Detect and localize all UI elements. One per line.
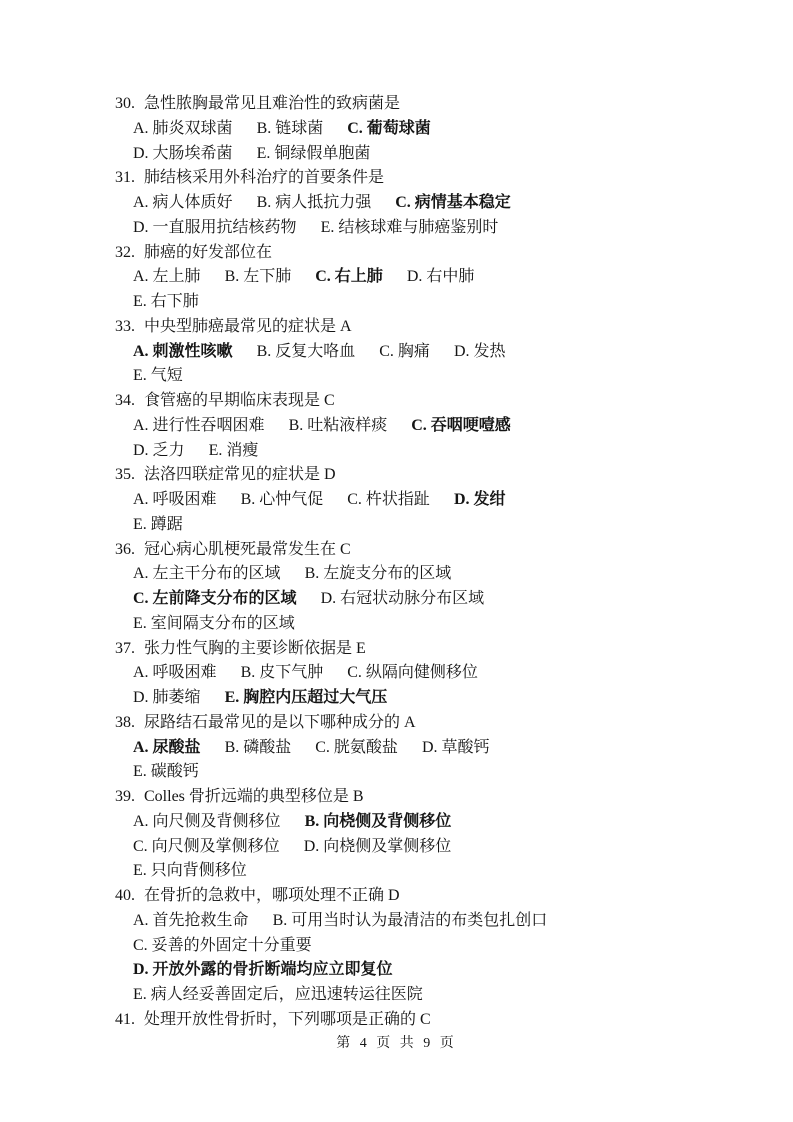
option-line: A. 左主干分布的区域B. 左旋支分布的区域 [0, 562, 793, 587]
answer-option: A. 左主干分布的区域 [133, 562, 281, 587]
option-line: E. 只向背侧移位 [0, 859, 793, 884]
question-stem: 食管癌的早期临床表现是 C [144, 392, 335, 409]
question-stem: 中央型肺癌最常见的症状是 A [144, 318, 352, 335]
answer-option: A. 肺炎双球菌 [133, 117, 233, 142]
option-line: D. 乏力E. 消瘦 [0, 439, 793, 464]
question-line: 30.急性脓胸最常见且难治性的致病菌是 [0, 92, 793, 117]
answer-option: B. 可用当时认为最清洁的布类包扎创口 [273, 909, 548, 934]
answer-option: D. 发热 [454, 340, 506, 365]
answer-option: D. 右中肺 [407, 265, 475, 290]
option-line: A. 左上肺B. 左下肺C. 右上肺D. 右中肺 [0, 265, 793, 290]
answer-option: A. 呼吸困难 [133, 661, 217, 686]
answer-option-highlighted: B. 向桡侧及背侧移位 [305, 810, 452, 835]
option-line: D. 大肠埃希菌E. 铜绿假单胞菌 [0, 142, 793, 167]
question-line: 31.肺结核采用外科治疗的首要条件是 [0, 166, 793, 191]
question-line: 39.Colles 骨折远端的典型移位是 B [0, 785, 793, 810]
answer-option-highlighted: C. 左前降支分布的区域 [133, 587, 297, 612]
answer-option: E. 蹲踞 [133, 513, 183, 538]
question-number: 37. [115, 637, 135, 662]
answer-option: E. 消瘦 [209, 439, 259, 464]
answer-option: D. 一直服用抗结核药物 [133, 216, 297, 241]
question-stem: 冠心病心肌梗死最常发生在 C [144, 541, 351, 558]
option-line: E. 碳酸钙 [0, 760, 793, 785]
answer-option: D. 草酸钙 [422, 736, 490, 761]
answer-option: D. 乏力 [133, 439, 185, 464]
answer-option: A. 进行性吞咽困难 [133, 414, 265, 439]
answer-option: B. 左下肺 [225, 265, 292, 290]
answer-option: B. 反复大咯血 [257, 340, 356, 365]
question-line: 33.中央型肺癌最常见的症状是 A [0, 315, 793, 340]
question-stem: 处理开放性骨折时，下列哪项是正确的 C [144, 1011, 431, 1028]
question-line: 40.在骨折的急救中，哪项处理不正确 D [0, 884, 793, 909]
option-line: E. 蹲踞 [0, 513, 793, 538]
option-line: A. 呼吸困难B. 心忡气促C. 杵状指趾D. 发绀 [0, 488, 793, 513]
answer-option: C. 妥善的外固定十分重要 [133, 934, 312, 959]
option-line: A. 向尺侧及背侧移位B. 向桡侧及背侧移位 [0, 810, 793, 835]
answer-option-highlighted: D. 发绀 [454, 488, 506, 513]
option-line: E. 右下肺 [0, 290, 793, 315]
question-number: 34. [115, 389, 135, 414]
answer-option: E. 室间隔支分布的区域 [133, 612, 295, 637]
document-page: 30.急性脓胸最常见且难治性的致病菌是A. 肺炎双球菌B. 链球菌C. 葡萄球菌… [0, 0, 793, 1122]
answer-option-highlighted: D. 开放外露的骨折断端均应立即复位 [133, 958, 393, 983]
question-stem: 张力性气胸的主要诊断依据是 E [144, 640, 366, 657]
option-line: C. 左前降支分布的区域D. 右冠状动脉分布区域 [0, 587, 793, 612]
option-line: A. 肺炎双球菌B. 链球菌C. 葡萄球菌 [0, 117, 793, 142]
answer-option-highlighted: E. 胸腔内压超过大气压 [225, 686, 388, 711]
questions-area: 30.急性脓胸最常见且难治性的致病菌是A. 肺炎双球菌B. 链球菌C. 葡萄球菌… [0, 92, 793, 1033]
answer-option: A. 左上肺 [133, 265, 201, 290]
question-number: 32. [115, 241, 135, 266]
option-line: A. 尿酸盐B. 磷酸盐C. 胱氨酸盐D. 草酸钙 [0, 736, 793, 761]
answer-option: B. 链球菌 [257, 117, 324, 142]
question-number: 30. [115, 92, 135, 117]
answer-option: E. 气短 [133, 364, 183, 389]
option-line: D. 肺萎缩E. 胸腔内压超过大气压 [0, 686, 793, 711]
answer-option: B. 磷酸盐 [225, 736, 292, 761]
question-number: 41. [115, 1008, 135, 1033]
answer-option: A. 首先抢救生命 [133, 909, 249, 934]
answer-option-highlighted: C. 葡萄球菌 [347, 117, 431, 142]
option-line: A. 进行性吞咽困难B. 吐粘液样痰C. 吞咽哽噎感 [0, 414, 793, 439]
answer-option: E. 病人经妥善固定后，应迅速转运往医院 [133, 983, 423, 1008]
answer-option-highlighted: C. 右上肺 [315, 265, 383, 290]
question-line: 38.尿路结石最常见的是以下哪种成分的 A [0, 711, 793, 736]
question-line: 35.法洛四联症常见的症状是 D [0, 463, 793, 488]
answer-option: E. 碳酸钙 [133, 760, 199, 785]
question-number: 38. [115, 711, 135, 736]
answer-option-highlighted: A. 刺激性咳嗽 [133, 340, 233, 365]
question-stem: 在骨折的急救中，哪项处理不正确 D [144, 887, 400, 904]
question-line: 41.处理开放性骨折时，下列哪项是正确的 C [0, 1008, 793, 1033]
answer-option: C. 纵隔向健侧移位 [347, 661, 478, 686]
question-number: 31. [115, 166, 135, 191]
question-line: 32.肺癌的好发部位在 [0, 241, 793, 266]
answer-option: A. 呼吸困难 [133, 488, 217, 513]
question-stem: 急性脓胸最常见且难治性的致病菌是 [144, 95, 400, 112]
option-line: A. 呼吸困难B. 皮下气肿C. 纵隔向健侧移位 [0, 661, 793, 686]
option-line: A. 病人体质好B. 病人抵抗力强C. 病情基本稳定 [0, 191, 793, 216]
answer-option: E. 结核球难与肺癌鉴别时 [321, 216, 499, 241]
answer-option-highlighted: C. 吞咽哽噎感 [411, 414, 511, 439]
answer-option: B. 病人抵抗力强 [257, 191, 372, 216]
question-line: 34.食管癌的早期临床表现是 C [0, 389, 793, 414]
question-stem: Colles 骨折远端的典型移位是 B [144, 788, 364, 805]
option-line: E. 气短 [0, 364, 793, 389]
option-line: D. 一直服用抗结核药物E. 结核球难与肺癌鉴别时 [0, 216, 793, 241]
answer-option: B. 左旋支分布的区域 [305, 562, 452, 587]
question-number: 33. [115, 315, 135, 340]
option-line: A. 首先抢救生命B. 可用当时认为最清洁的布类包扎创口 [0, 909, 793, 934]
question-number: 35. [115, 463, 135, 488]
answer-option-highlighted: A. 尿酸盐 [133, 736, 201, 761]
page-footer: 第 4 页 共 9 页 [0, 1032, 793, 1052]
question-stem: 肺结核采用外科治疗的首要条件是 [144, 169, 384, 186]
answer-option: C. 胱氨酸盐 [315, 736, 398, 761]
answer-option: E. 右下肺 [133, 290, 199, 315]
answer-option: D. 向桡侧及掌侧移位 [304, 835, 452, 860]
answer-option: B. 心忡气促 [241, 488, 324, 513]
question-number: 40. [115, 884, 135, 909]
answer-option: E. 铜绿假单胞菌 [257, 142, 371, 167]
answer-option: B. 皮下气肿 [241, 661, 324, 686]
option-line: C. 向尺侧及掌侧移位D. 向桡侧及掌侧移位 [0, 835, 793, 860]
question-stem: 尿路结石最常见的是以下哪种成分的 A [144, 714, 416, 731]
answer-option: E. 只向背侧移位 [133, 859, 247, 884]
option-line: C. 妥善的外固定十分重要 [0, 934, 793, 959]
answer-option-highlighted: C. 病情基本稳定 [395, 191, 511, 216]
answer-option: C. 胸痛 [379, 340, 430, 365]
answer-option: C. 向尺侧及掌侧移位 [133, 835, 280, 860]
answer-option: C. 杵状指趾 [347, 488, 430, 513]
option-line: E. 病人经妥善固定后，应迅速转运往医院 [0, 983, 793, 1008]
question-line: 37.张力性气胸的主要诊断依据是 E [0, 637, 793, 662]
question-stem: 肺癌的好发部位在 [144, 244, 272, 261]
answer-option: D. 肺萎缩 [133, 686, 201, 711]
question-line: 36.冠心病心肌梗死最常发生在 C [0, 538, 793, 563]
option-line: A. 刺激性咳嗽B. 反复大咯血C. 胸痛D. 发热 [0, 340, 793, 365]
question-number: 39. [115, 785, 135, 810]
option-line: E. 室间隔支分布的区域 [0, 612, 793, 637]
answer-option: D. 右冠状动脉分布区域 [321, 587, 485, 612]
question-stem: 法洛四联症常见的症状是 D [144, 466, 336, 483]
answer-option: A. 向尺侧及背侧移位 [133, 810, 281, 835]
page-number-indicator: 第 4 页 共 9 页 [336, 1036, 457, 1051]
option-line: D. 开放外露的骨折断端均应立即复位 [0, 958, 793, 983]
answer-option: D. 大肠埃希菌 [133, 142, 233, 167]
answer-option: A. 病人体质好 [133, 191, 233, 216]
question-number: 36. [115, 538, 135, 563]
answer-option: B. 吐粘液样痰 [289, 414, 388, 439]
